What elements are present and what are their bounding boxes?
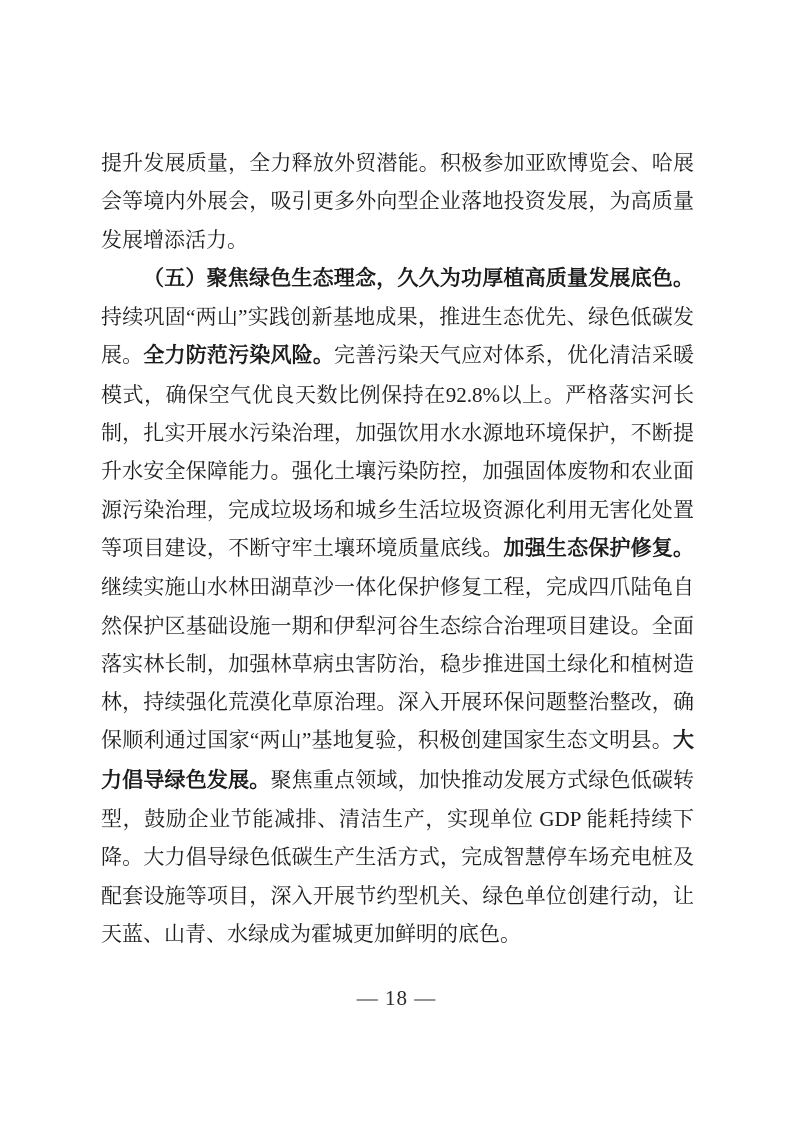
paragraph-foreign-trade: 提升发展质量，全力释放外贸潜能。积极参加亚欧博览会、哈展会等境内外展会，吸引更多…	[101, 144, 694, 259]
document-page: 提升发展质量，全力释放外贸潜能。积极参加亚欧博览会、哈展会等境内外展会，吸引更多…	[0, 0, 793, 1122]
section-body-2: 完善污染天气应对体系，优化清洁采暖模式，确保空气优良天数比例保持在92.8%以上…	[101, 343, 694, 559]
section-body-4: 聚焦重点领域，加快推动发展方式绿色低碳转型，鼓励企业节能减排、清洁生产，实现单位…	[101, 768, 694, 946]
page-number: — 18 —	[357, 986, 437, 1010]
section-bold-pollution-prevention: 全力防范污染风险。	[143, 344, 334, 367]
section-bold-ecological-restoration: 加强生态保护修复。	[504, 537, 694, 560]
body-text: 提升发展质量，全力释放外贸潜能。积极参加亚欧博览会、哈展会等境内外展会，吸引更多…	[101, 144, 694, 953]
paragraph-green-ecology: （五）聚焦绿色生态理念，久久为功厚植高质量发展底色。持续巩固“两山”实践创新基地…	[101, 259, 694, 953]
section-body-3: 继续实施山水林田湖草沙一体化保护修复工程，完成四爪陆龟自然保护区基础设施一期和伊…	[101, 575, 694, 752]
page-footer: — 18 —	[0, 986, 793, 1011]
section-heading: （五）聚焦绿色生态理念，久久为功厚植高质量发展底色。	[143, 267, 694, 290]
paragraph-foreign-trade-text: 提升发展质量，全力释放外贸潜能。积极参加亚欧博览会、哈展会等境内外展会，吸引更多…	[101, 151, 694, 252]
